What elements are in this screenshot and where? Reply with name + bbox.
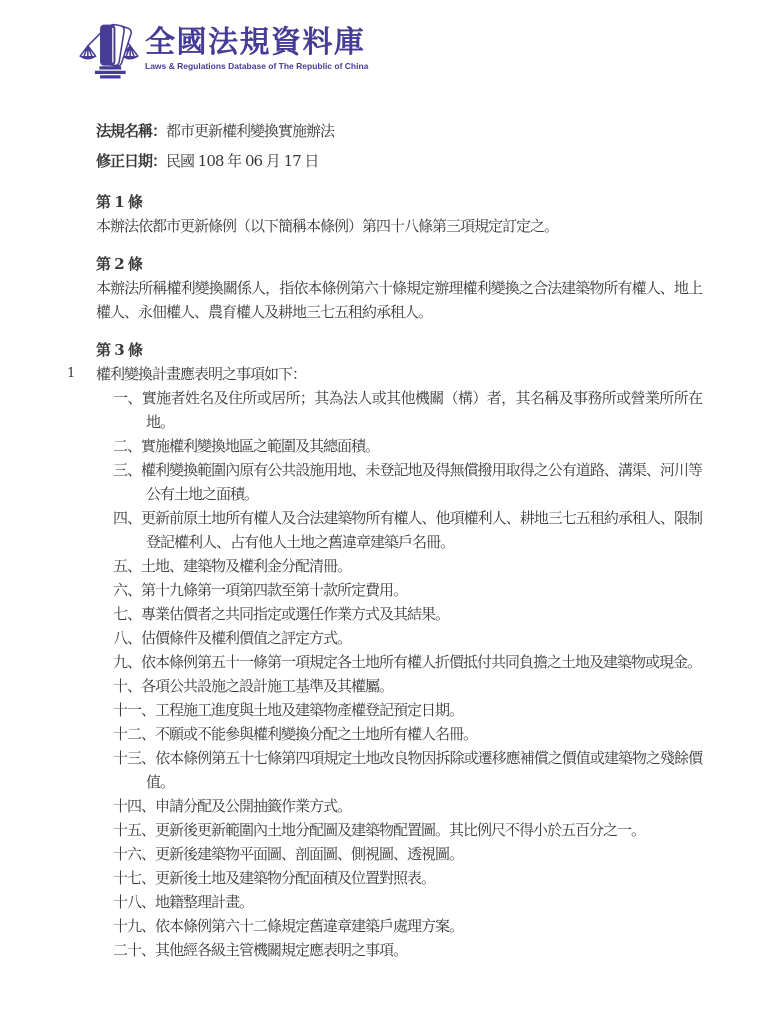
law-document-page: 全國法規資料庫 Laws & Regulations Database of T… <box>0 0 768 1024</box>
article-1-heading: 第 1 條 <box>96 190 702 214</box>
list-item: 十一、工程施工進度與土地及建築物產權登記預定日期。 <box>113 698 702 722</box>
article-1-body: 本辦法依都市更新條例（以下簡稱本條例）第四十八條第三項規定訂定之。 <box>96 214 702 238</box>
list-item: 十四、申請分配及公開抽籤作業方式。 <box>113 794 702 818</box>
paragraph-number: 1 <box>67 362 75 386</box>
list-item: 九、依本條例第五十一條第一項規定各土地所有權人折價抵付共同負擔之土地及建築物或現… <box>113 650 702 674</box>
article-1: 第 1 條 本辦法依都市更新條例（以下簡稱本條例）第四十八條第三項規定訂定之。 <box>96 190 702 238</box>
article-2-body: 本辦法所稱權利變換關係人，指依本條例第六十條規定辦理權利變換之合法建築物所有權人… <box>96 276 702 324</box>
list-item: 十二、不願或不能參與權利變換分配之土地所有權人名冊。 <box>113 722 702 746</box>
article-3: 第 3 條 1權利變換計畫應表明之事項如下： 一、實施者姓名及住所或居所；其為法… <box>96 338 702 962</box>
amend-date-row: 修正日期：民國 108 年 06 月 17 日 <box>96 146 702 176</box>
list-item: 三、權利變換範圍內原有公共設施用地、未登記地及得無償撥用取得之公有道路、溝渠、河… <box>113 458 702 506</box>
list-item: 十六、更新後建築物平面圖、剖面圖、側視圖、透視圖。 <box>113 842 702 866</box>
law-name-row: 法規名稱：都市更新權利變換實施辦法 <box>96 116 702 146</box>
list-item: 十八、地籍整理計畫。 <box>113 890 702 914</box>
list-item: 十、各項公共設施之設計施工基準及其權屬。 <box>113 674 702 698</box>
list-item: 五、土地、建築物及權利金分配清冊。 <box>113 554 702 578</box>
book-and-scales-icon <box>77 16 141 82</box>
list-item: 八、估價條件及權利價值之評定方式。 <box>113 626 702 650</box>
list-item: 一、實施者姓名及住所或居所；其為法人或其他機關（構）者，其名稱及事務所或營業所所… <box>113 386 702 434</box>
brand-text: 全國法規資料庫 Laws & Regulations Database of T… <box>145 16 368 71</box>
article-2: 第 2 條 本辦法所稱權利變換關係人，指依本條例第六十條規定辦理權利變換之合法建… <box>96 252 702 324</box>
article-3-intro: 1權利變換計畫應表明之事項如下： <box>96 362 702 386</box>
document-content: 法規名稱：都市更新權利變換實施辦法 修正日期：民國 108 年 06 月 17 … <box>96 116 702 962</box>
list-item: 二、實施權利變換地區之範圍及其總面積。 <box>113 434 702 458</box>
list-item: 二十、其他經各級主管機關規定應表明之事項。 <box>113 938 702 962</box>
list-item: 十五、更新後更新範圍內土地分配圖及建築物配置圖。其比例尺不得小於五百分之一。 <box>113 818 702 842</box>
amend-date-value: 民國 108 年 06 月 17 日 <box>166 152 318 170</box>
list-item: 七、專業估價者之共同指定或選任作業方式及其結果。 <box>113 602 702 626</box>
list-item: 六、第十九條第一項第四款至第十款所定費用。 <box>113 578 702 602</box>
list-item: 十七、更新後土地及建築物分配面積及位置對照表。 <box>113 866 702 890</box>
list-item: 十三、依本條例第五十七條第四項規定土地改良物因拆除或遷移應補償之價值或建築物之殘… <box>113 746 702 794</box>
article-3-intro-text: 權利變換計畫應表明之事項如下： <box>96 365 306 383</box>
site-subtitle: Laws & Regulations Database of The Repub… <box>145 61 368 71</box>
article-3-item-list: 一、實施者姓名及住所或居所；其為法人或其他機關（構）者，其名稱及事務所或營業所所… <box>113 386 702 962</box>
article-3-heading: 第 3 條 <box>96 338 702 362</box>
site-brand: 全國法規資料庫 Laws & Regulations Database of T… <box>77 16 368 82</box>
amend-date-label: 修正日期： <box>96 152 166 170</box>
law-name-label: 法規名稱： <box>96 122 166 140</box>
site-title: 全國法規資料庫 <box>145 27 368 59</box>
law-name-value: 都市更新權利變換實施辦法 <box>166 122 334 140</box>
list-item: 十九、依本條例第六十二條規定舊違章建築戶處理方案。 <box>113 914 702 938</box>
article-2-heading: 第 2 條 <box>96 252 702 276</box>
list-item: 四、更新前原土地所有權人及合法建築物所有權人、他項權利人、耕地三七五租約承租人、… <box>113 506 702 554</box>
